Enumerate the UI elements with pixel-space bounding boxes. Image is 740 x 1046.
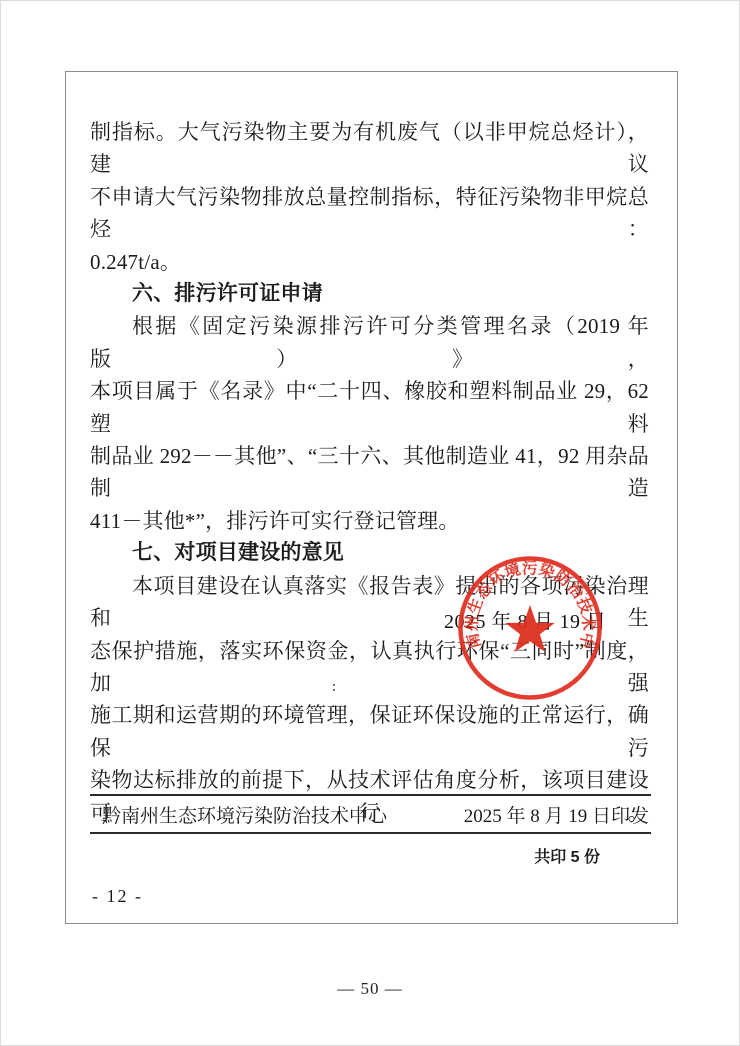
body-line: 411－其他*”，排污许可实行登记管理。 xyxy=(90,505,649,537)
footer-row: 黔南州生态环境污染防治技术中心 2025 年 8 月 19 日印发 xyxy=(90,798,651,830)
document-body: 制指标。大气污染物主要为有机废气（以非甲烷总烃计），建议 不申请大气污染物排放总… xyxy=(90,116,649,829)
footer-print-date: 2025 年 8 月 19 日印发 xyxy=(464,801,649,828)
document-page: { "doc": { "lines": [ {"text": "制指标。大气污染… xyxy=(0,0,740,1046)
body-line: 不申请大气污染物排放总量控制指标，特征污染物非甲烷总烃： xyxy=(90,181,649,246)
official-seal-stamp: 黔南州生态环境污染防治技术中心 xyxy=(455,553,605,703)
outer-page-number: — 50 — xyxy=(1,979,739,999)
body-line: 施工期和运营期的环境管理，保证环保设施的正常运行，确保污 xyxy=(90,699,649,764)
scan-artifact-mark: : xyxy=(330,680,338,695)
body-line: 本项目属于《名录》中“二十四、橡胶和塑料制品业 29，62 塑料 xyxy=(90,375,649,440)
inner-page-number: - 12 - xyxy=(92,886,143,907)
footer-issuer: 黔南州生态环境污染防治技术中心 xyxy=(102,801,387,828)
page-border-box: 制指标。大气污染物主要为有机废气（以非甲烷总烃计），建议 不申请大气污染物排放总… xyxy=(65,71,678,924)
copies-count: 共印 5 份 xyxy=(534,844,600,867)
footer-rule-bottom xyxy=(90,832,651,834)
body-line: 0.247t/a。 xyxy=(90,246,649,278)
body-line: 制指标。大气污染物主要为有机废气（以非甲烷总烃计），建议 xyxy=(90,116,649,181)
body-line: 根据《固定污染源排污许可分类管理名录（2019 年版）》， xyxy=(90,310,649,375)
body-line: 制品业 292－－其他”、“三十六、其他制造业 41，92 用杂品制造 xyxy=(90,440,649,505)
footer-rule-top xyxy=(90,794,651,796)
seal-star-icon xyxy=(505,605,554,652)
section-heading-six: 六、排污许可证申请 xyxy=(90,278,649,310)
